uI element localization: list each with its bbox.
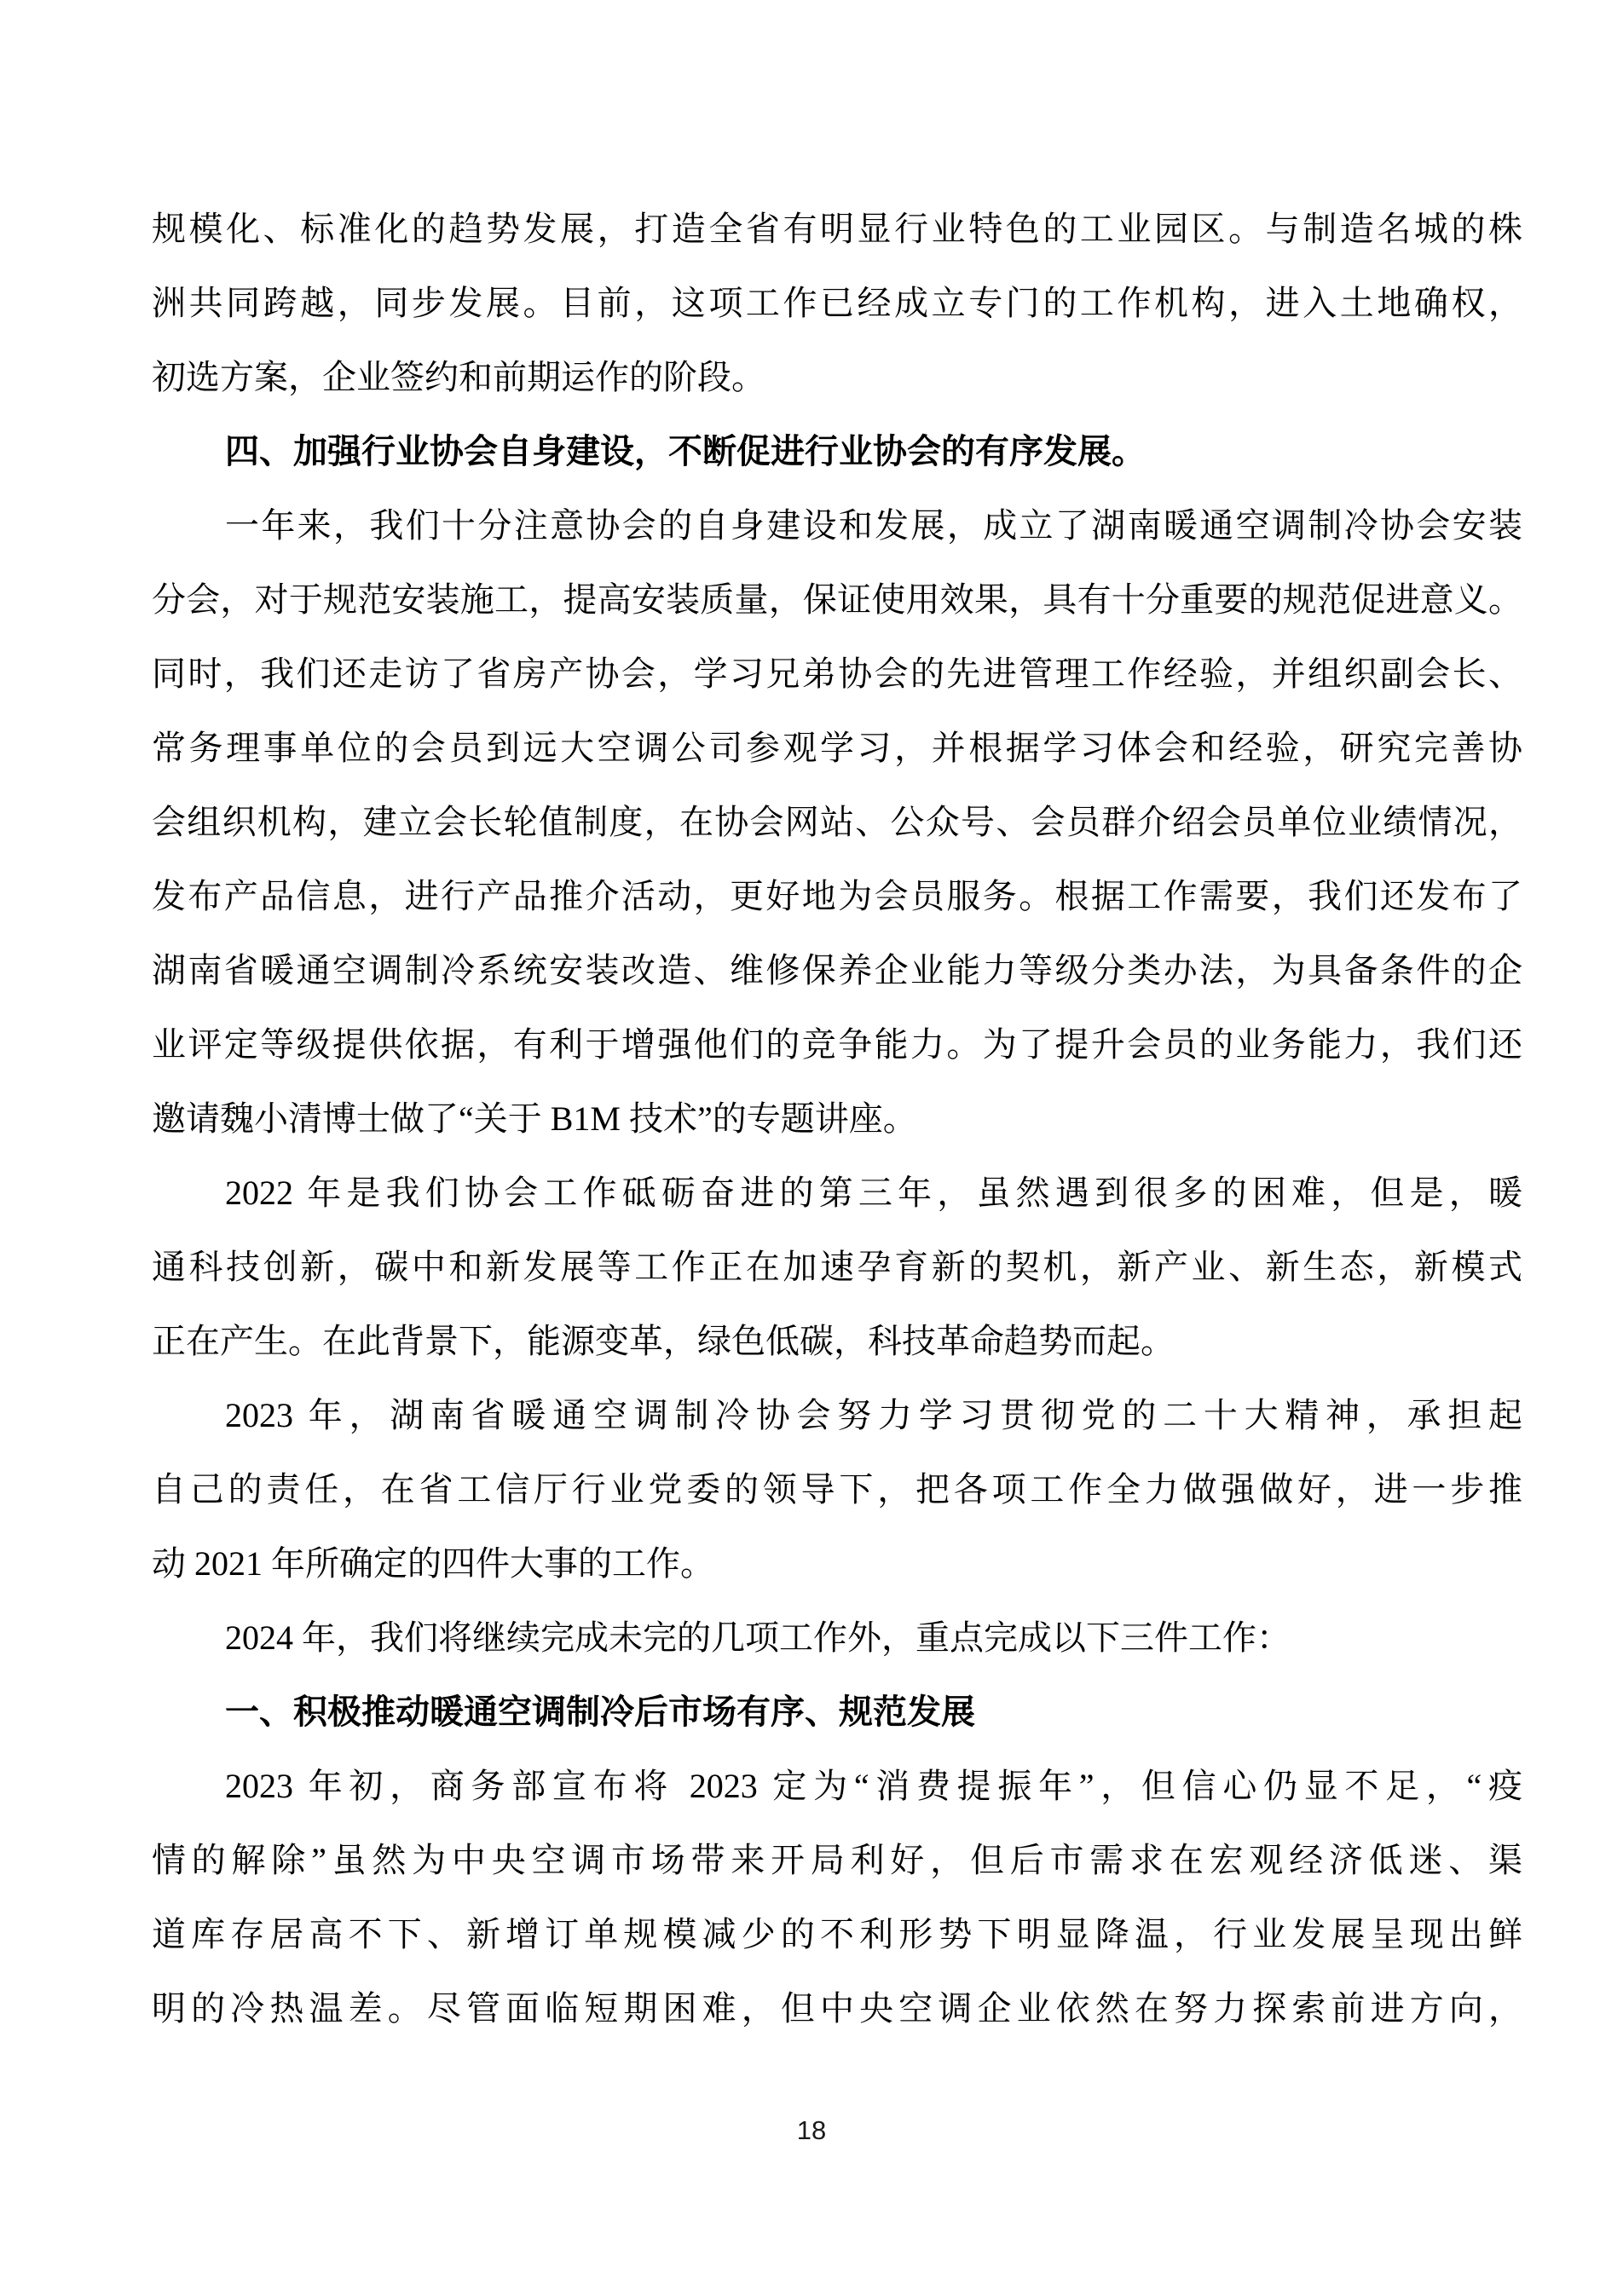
text-line: 湖南省暖通空调制冷系统安装改造、维修保养企业能力等级分类办法，为具备条件的企 — [152, 933, 1522, 1007]
text-line: 邀请魏小清博士做了“关于 B1M 技术”的专题讲座。 — [152, 1082, 1522, 1156]
text-line: 明的冷热温差。尽管面临短期困难，但中央空调企业依然在努力探索前进方向， — [152, 1971, 1522, 2045]
text-line: 情的解除”虽然为中央空调市场带来开局利好，但后市需求在宏观经济低迷、渠 — [152, 1823, 1522, 1897]
text-line: 2023 年初，商务部宣布将 2023 定为“消费提振年”，但信心仍显不足，“疫 — [152, 1749, 1522, 1823]
page-number: 18 — [797, 2115, 826, 2145]
text-line: 规模化、标准化的趋势发展，打造全省有明显行业特色的工业园区。与制造名城的株 — [152, 192, 1522, 266]
page-footer: 18 — [0, 2114, 1623, 2148]
text-line: 会组织机构，建立会长轮值制度，在协会网站、公众号、会员群介绍会员单位业绩情况， — [152, 785, 1522, 859]
text-line: 正在产生。在此背景下，能源变革，绿色低碳，科技革命趋势而起。 — [152, 1304, 1522, 1378]
document-page: 规模化、标准化的趋势发展，打造全省有明显行业特色的工业园区。与制造名城的株洲共同… — [0, 0, 1623, 2296]
text-line: 洲共同跨越，同步发展。目前，这项工作已经成立专门的工作机构，进入土地确权， — [152, 266, 1522, 340]
text-line: 通科技创新，碳中和新发展等工作正在加速孕育新的契机，新产业、新生态，新模式 — [152, 1230, 1522, 1304]
text-line: 自己的责任，在省工信厅行业党委的领导下，把各项工作全力做强做好，进一步推 — [152, 1452, 1522, 1526]
text-line: 发布产品信息，进行产品推介活动，更好地为会员服务。根据工作需要，我们还发布了 — [152, 859, 1522, 933]
heading-line: 四、加强行业协会自身建设，不断促进行业协会的有序发展。 — [152, 414, 1522, 488]
text-line: 同时，我们还走访了省房产协会，学习兄弟协会的先进管理工作经验，并组织副会长、 — [152, 637, 1522, 711]
text-line: 道库存居高不下、新增订单规模减少的不利形势下明显降温，行业发展呈现出鲜 — [152, 1897, 1522, 1971]
text-line: 常务理事单位的会员到远大空调公司参观学习，并根据学习体会和经验，研究完善协 — [152, 711, 1522, 785]
text-line: 动 2021 年所确定的四件大事的工作。 — [152, 1526, 1522, 1601]
text-line: 一年来，我们十分注意协会的自身建设和发展，成立了湖南暖通空调制冷协会安装 — [152, 488, 1522, 562]
document-body: 规模化、标准化的趋势发展，打造全省有明显行业特色的工业园区。与制造名城的株洲共同… — [152, 192, 1522, 2045]
text-line: 分会，对于规范安装施工，提高安装质量，保证使用效果，具有十分重要的规范促进意义。 — [152, 562, 1522, 637]
text-line: 2022 年是我们协会工作砥砺奋进的第三年，虽然遇到很多的困难，但是，暖 — [152, 1156, 1522, 1230]
heading-line: 一、积极推动暖通空调制冷后市场有序、规范发展 — [152, 1675, 1522, 1749]
text-line: 初选方案，企业签约和前期运作的阶段。 — [152, 340, 1522, 414]
text-line: 业评定等级提供依据，有利于增强他们的竞争能力。为了提升会员的业务能力，我们还 — [152, 1007, 1522, 1082]
text-line: 2024 年，我们将继续完成未完的几项工作外，重点完成以下三件工作： — [152, 1601, 1522, 1675]
text-line: 2023 年，湖南省暖通空调制冷协会努力学习贯彻党的二十大精神，承担起 — [152, 1378, 1522, 1452]
